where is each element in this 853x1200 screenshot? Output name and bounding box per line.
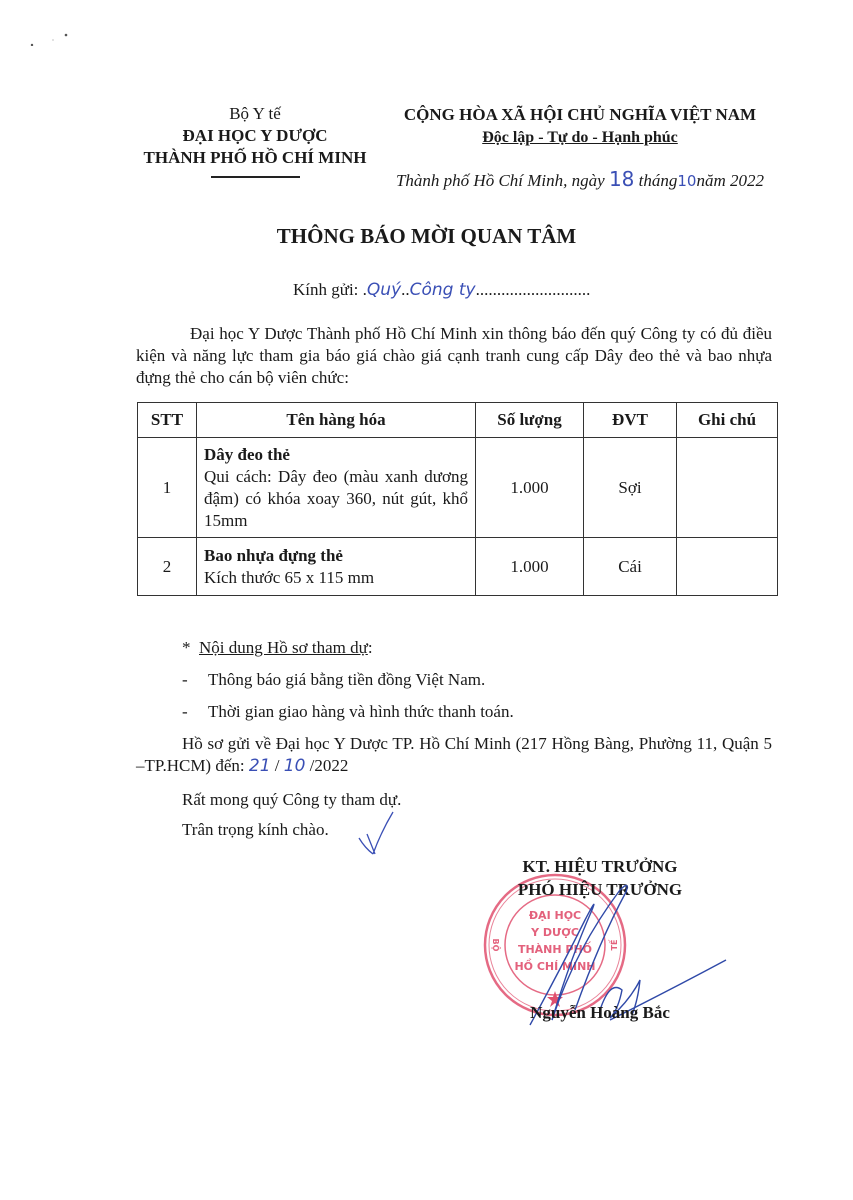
table-header-row: STT Tên hàng hóa Số lượng ĐVT Ghi chú [138, 403, 778, 438]
deadline-day-handwritten: 21 [249, 756, 271, 776]
intro-text: Đại học Y Dược Thành phố Hồ Chí Minh xin… [136, 324, 772, 387]
cell-quantity: 1.000 [476, 438, 584, 538]
date-month-handwritten: 10 [677, 172, 696, 190]
deadline-year: 2022 [314, 756, 348, 775]
date-month-label: tháng [639, 171, 678, 190]
recipient-dots: ........................... [476, 280, 591, 299]
national-header: CỘNG HÒA XÃ HỘI CHỦ NGHĨA VIỆT NAM Độc l… [380, 103, 780, 149]
issuer-underline [211, 176, 300, 178]
dossier-bullet: -Thông báo giá bằng tiền đồng Việt Nam. [182, 670, 485, 690]
intro-paragraph: Đại học Y Dược Thành phố Hồ Chí Minh xin… [136, 323, 772, 389]
colon: : [368, 638, 373, 657]
bullet-text: Thời gian giao hàng và hình thức thanh t… [208, 702, 514, 721]
date-prefix: Thành phố Hồ Chí Minh, ngày [396, 171, 605, 190]
recipient-label: Kính gửi: [293, 280, 363, 299]
date-year: năm 2022 [696, 171, 764, 190]
dossier-heading-text: Nội dung Hồ sơ tham dự [199, 638, 368, 657]
cell-unit: Sợi [584, 438, 677, 538]
date-line: Thành phố Hồ Chí Minh, ngày 18 tháng10nă… [380, 167, 780, 191]
item-name: Bao nhựa đựng thẻ [204, 545, 468, 567]
recipient-dots: .. [401, 280, 410, 299]
recipient-handwritten-2: Công ty [410, 280, 476, 300]
cell-note [677, 438, 778, 538]
dossier-bullet: -Thời gian giao hàng và hình thức thanh … [182, 702, 514, 722]
closing-line-2: Trân trọng kính chào. [182, 820, 329, 840]
nation-name: CỘNG HÒA XÃ HỘI CHỦ NGHĨA VIỆT NAM [380, 103, 780, 126]
recipient-line: Kính gửi: .Quý..Công ty.................… [293, 280, 590, 300]
item-spec: Qui cách: Dây đeo (màu xanh dương đậm) c… [204, 467, 468, 530]
dossier-heading: * Nội dung Hồ sơ tham dự: [182, 638, 373, 658]
cell-unit: Cái [584, 538, 677, 596]
cell-note [677, 538, 778, 596]
cell-stt: 2 [138, 538, 197, 596]
cell-item: Bao nhựa đựng thẻ Kích thước 65 x 115 mm [197, 538, 476, 596]
table-row: 1 Dây đeo thẻ Qui cách: Dây đeo (màu xan… [138, 438, 778, 538]
national-motto: Độc lập - Tự do - Hạnh phúc [380, 126, 780, 149]
col-header-quantity: Số lượng [476, 403, 584, 438]
item-name: Dây đeo thẻ [204, 444, 468, 466]
items-table: STT Tên hàng hóa Số lượng ĐVT Ghi chú 1 … [137, 402, 778, 596]
col-header-note: Ghi chú [677, 403, 778, 438]
ministry-name: Bộ Y tế [130, 103, 380, 125]
deadline-month-handwritten: 10 [284, 756, 306, 776]
checkmark-scribble [355, 808, 395, 858]
document-title: THÔNG BÁO MỜI QUAN TÂM [0, 224, 853, 249]
signatory-title-line1: KT. HIỆU TRƯỞNG [470, 855, 730, 878]
cell-item: Dây đeo thẻ Qui cách: Dây đeo (màu xanh … [197, 438, 476, 538]
item-spec: Kích thước 65 x 115 mm [204, 568, 374, 587]
university-name-line1: ĐẠI HỌC Y DƯỢC [130, 125, 380, 147]
cell-quantity: 1.000 [476, 538, 584, 596]
col-header-unit: ĐVT [584, 403, 677, 438]
submission-paragraph: Hồ sơ gửi về Đại học Y Dược TP. Hồ Chí M… [136, 733, 772, 777]
submission-text: Hồ sơ gửi về Đại học Y Dược TP. Hồ Chí M… [136, 734, 772, 775]
cell-stt: 1 [138, 438, 197, 538]
col-header-item-name: Tên hàng hóa [197, 403, 476, 438]
recipient-handwritten-1: Quý [367, 280, 401, 300]
university-name-line2: THÀNH PHỐ HỒ CHÍ MINH [130, 147, 380, 169]
col-header-stt: STT [138, 403, 197, 438]
signatory-name: Nguyễn Hoàng Bắc [470, 1003, 730, 1023]
asterisk: * [182, 638, 191, 657]
table-row: 2 Bao nhựa đựng thẻ Kích thước 65 x 115 … [138, 538, 778, 596]
bullet-text: Thông báo giá bằng tiền đồng Việt Nam. [208, 670, 485, 689]
issuer-block: Bộ Y tế ĐẠI HỌC Y DƯỢC THÀNH PHỐ HỒ CHÍ … [130, 103, 380, 178]
closing-line-1: Rất mong quý Công ty tham dự. [182, 790, 401, 810]
scan-specks [22, 26, 72, 46]
date-day-handwritten: 18 [609, 167, 634, 191]
